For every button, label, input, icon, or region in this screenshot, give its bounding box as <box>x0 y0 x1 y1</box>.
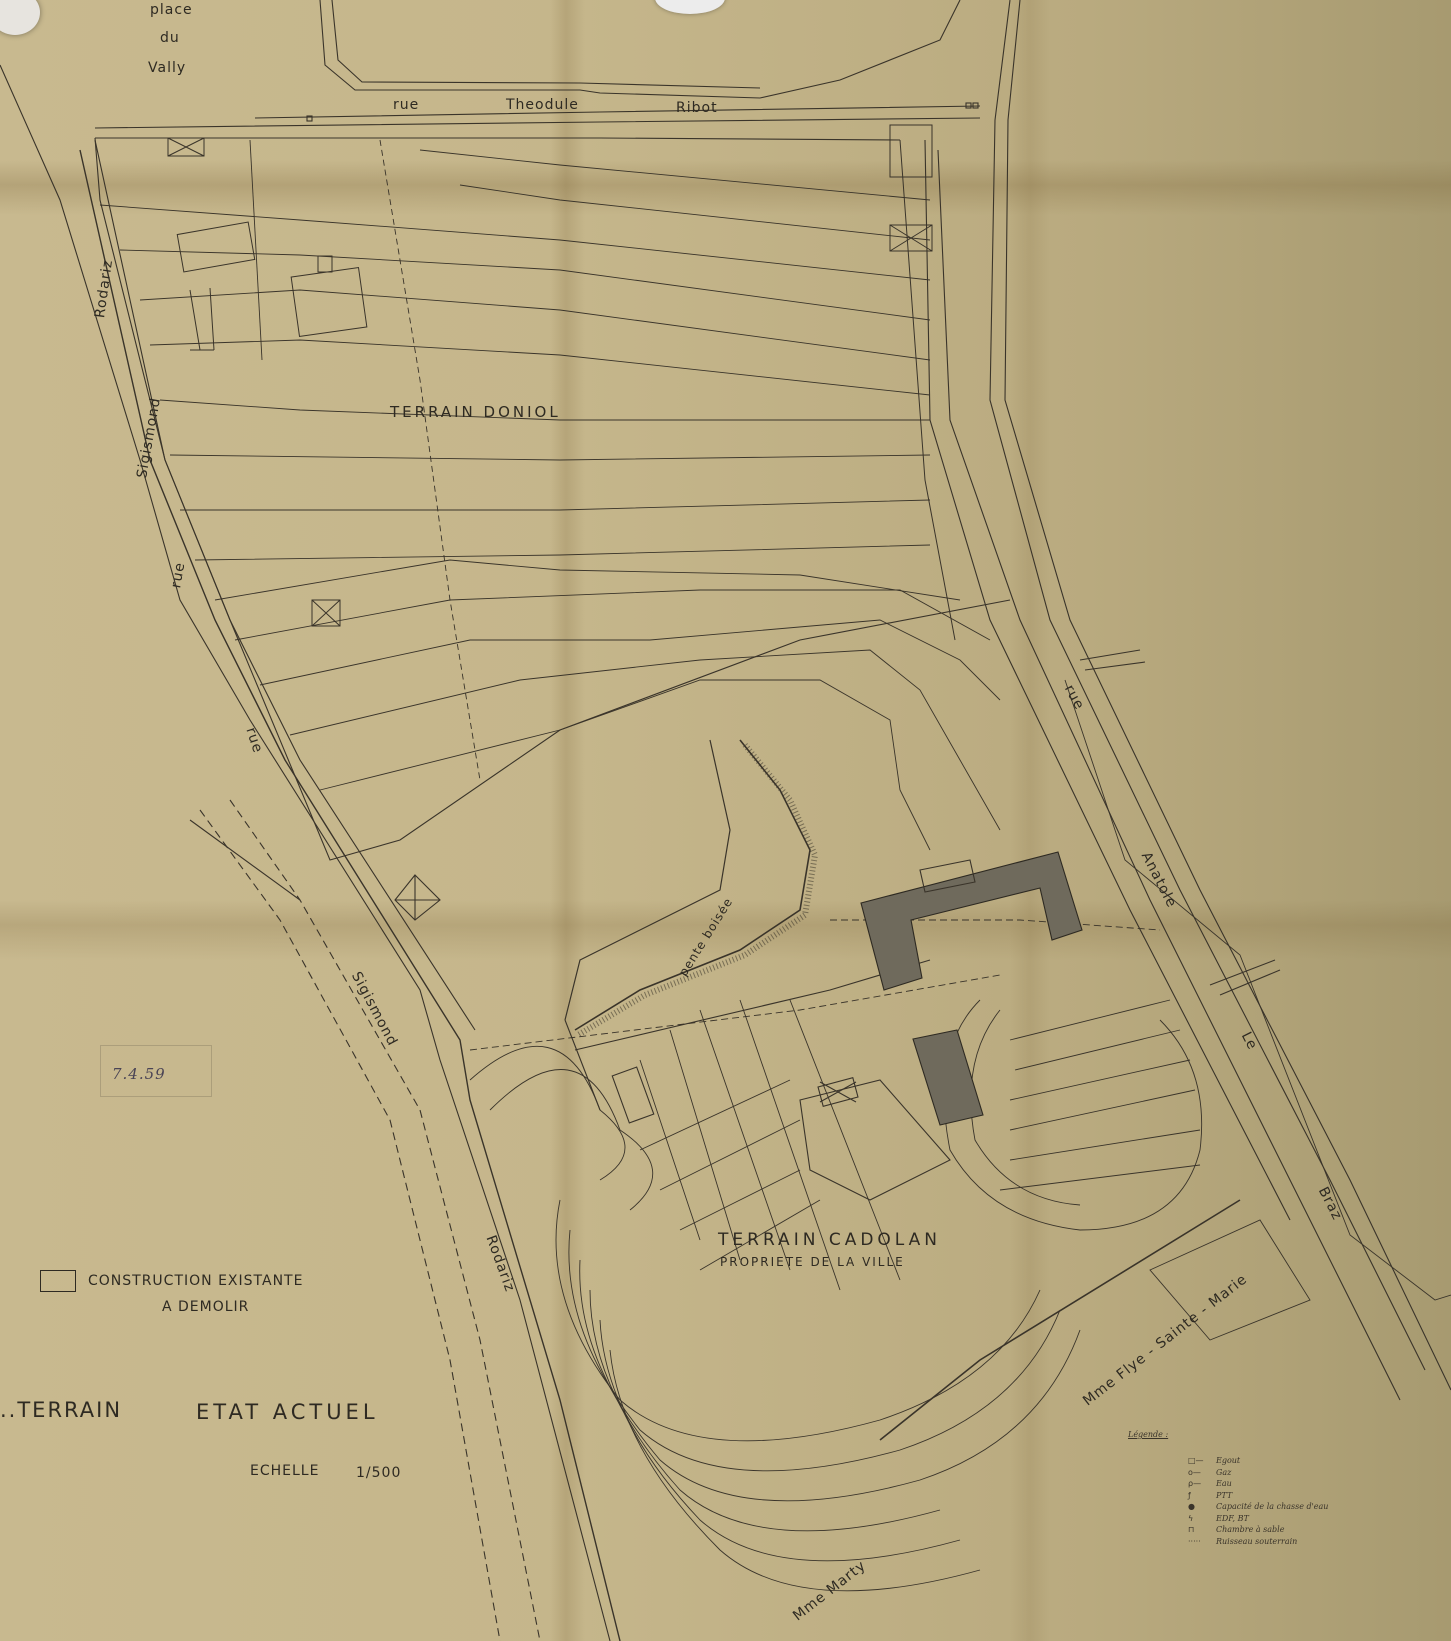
site-plan-drawing <box>0 0 1451 1641</box>
legend-item-edf: ϟ EDF, BT <box>1188 1513 1388 1525</box>
water-symbol-icon: ρ— <box>1188 1479 1216 1488</box>
terrain-doniol-boundary <box>95 138 1010 860</box>
place-du-vally-outline <box>320 0 960 98</box>
parcel-label-cadolan: TERRAIN CADOLAN <box>718 1230 941 1250</box>
parcel-label-doniol: TERRAIN DONIOL <box>390 403 561 421</box>
flush-tank-symbol-icon: ● <box>1188 1502 1216 1511</box>
street-label-theodule: Theodule <box>506 97 579 113</box>
doniol-contours <box>100 150 1000 850</box>
legend-item-ptt: ƒ PTT <box>1188 1490 1388 1502</box>
place-du-vally-label-2: du <box>160 30 180 46</box>
legend: Légende : □— Egout o— Gaz ρ— Eau ƒ PTT ●… <box>1128 1430 1388 1547</box>
key-note-line-1: CONSTRUCTION EXISTANTE <box>88 1273 303 1289</box>
legend-item-chambre: ⊓ Chambre à sable <box>1188 1524 1388 1536</box>
key-note-line-2: A DEMOLIR <box>162 1299 249 1315</box>
legend-item-ruisseau: ····· Ruisseau souterrain <box>1188 1536 1388 1548</box>
handwritten-date: 7.4.59 <box>112 1065 166 1083</box>
telecom-symbol-icon: ƒ <box>1188 1491 1216 1500</box>
legend-item-chasse: ● Capacité de la chasse d'eau <box>1188 1501 1388 1513</box>
doniol-buildings <box>168 125 932 626</box>
map-title-prefix: ..TERRAIN <box>0 1398 122 1422</box>
scale-label: ECHELLE <box>250 1463 319 1479</box>
legend-title: Légende : <box>1128 1430 1388 1439</box>
demolish-key-swatch <box>40 1270 76 1292</box>
cadolan-buildings <box>395 852 1082 1200</box>
place-du-vally-label-3: Vally <box>148 60 186 76</box>
sand-chamber-symbol-icon: ⊓ <box>1188 1525 1216 1534</box>
underground-stream-symbol-icon: ····· <box>1188 1537 1216 1546</box>
legend-item-gaz: o— Gaz <box>1188 1467 1388 1479</box>
legend-item-egout: □— Egout <box>1188 1455 1388 1467</box>
gas-symbol-icon: o— <box>1188 1468 1216 1477</box>
electric-symbol-icon: ϟ <box>1188 1514 1216 1523</box>
place-du-vally-label-1: place <box>150 2 193 18</box>
legend-item-eau: ρ— Eau <box>1188 1478 1388 1490</box>
map-title-suffix: ETAT ACTUEL <box>196 1400 379 1424</box>
parcel-label-cadolan-owner: PROPRIETE DE LA VILLE <box>720 1255 905 1269</box>
rue-anatole-le-braz-lines <box>925 0 1451 1400</box>
scale-value: 1/500 <box>356 1465 401 1481</box>
street-label-rue-theodule: rue <box>393 97 419 113</box>
sewer-symbol-icon: □— <box>1188 1456 1216 1465</box>
street-label-ribot: Ribot <box>676 100 718 116</box>
